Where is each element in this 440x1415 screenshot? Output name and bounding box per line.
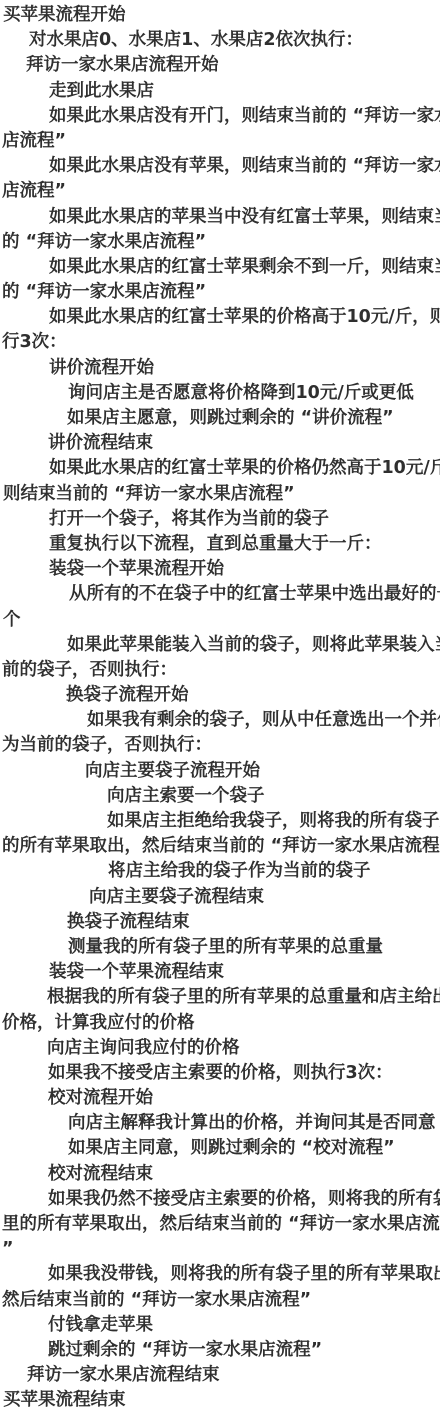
text-line: 换袋子流程开始 <box>0 683 440 708</box>
text-line: 如果我没带钱，则将我的所有袋子里的所有苹果取出， <box>0 1262 440 1287</box>
text-line: 买苹果流程开始 <box>0 3 440 28</box>
text-line: 拜访一家水果店流程结束 <box>0 1363 440 1388</box>
text-line: 的所有苹果取出，然后结束当前的 “拜访一家水果店流程” <box>0 834 440 859</box>
text-line: 如果此水果店没有苹果，则结束当前的 “拜访一家水果 <box>0 154 440 179</box>
text-line: 向店主索要一个袋子 <box>0 784 440 809</box>
text-line: 行3次： <box>0 330 440 355</box>
text-line: 如果店主愿意，则跳过剩余的 “讲价流程” <box>0 406 440 431</box>
text-line: 如果此水果店没有开门，则结束当前的 “拜访一家水果 <box>0 104 440 129</box>
text-line: 如果店主拒绝给我袋子，则将我的所有袋子里 <box>0 809 440 834</box>
text-line: 如果此苹果能装入当前的袋子，则将此苹果装入当 <box>0 633 440 658</box>
text-line: 校对流程开始 <box>0 1086 440 1111</box>
text-line: 为当前的袋子，否则执行： <box>0 733 440 758</box>
text-line: 向店主询问我应付的价格 <box>0 1036 440 1061</box>
text-line: 如果店主同意，则跳过剩余的 “校对流程” <box>0 1136 440 1161</box>
text-line: 店流程” <box>0 179 440 204</box>
text-line: 然后结束当前的 “拜访一家水果店流程” <box>0 1288 440 1313</box>
text-line: 重复执行以下流程，直到总重量大于一斤： <box>0 532 440 557</box>
text-line: 装袋一个苹果流程开始 <box>0 557 440 582</box>
text-line: 讲价流程开始 <box>0 356 440 381</box>
text-line: 拜访一家水果店流程开始 <box>0 53 440 78</box>
text-line: 如果此水果店的红富士苹果的价格仍然高于10元/斤， <box>0 456 440 481</box>
book-page: 买苹果流程开始对水果店0、水果店1、水果店2依次执行：拜访一家水果店流程开始走到… <box>0 0 440 1415</box>
text-line: 付钱拿走苹果 <box>0 1313 440 1338</box>
text-line: 打开一个袋子，将其作为当前的袋子 <box>0 507 440 532</box>
text-line: 个 <box>0 608 440 633</box>
text-line: 如果我仍然不接受店主索要的价格，则将我的所有袋子 <box>0 1187 440 1212</box>
text-lines-container: 买苹果流程开始对水果店0、水果店1、水果店2依次执行：拜访一家水果店流程开始走到… <box>0 3 440 1414</box>
text-line: 走到此水果店 <box>0 79 440 104</box>
text-line: 跳过剩余的 “拜访一家水果店流程” <box>0 1338 440 1363</box>
text-line: 校对流程结束 <box>0 1162 440 1187</box>
text-line: 如果此水果店的红富士苹果剩余不到一斤，则结束当前 <box>0 255 440 280</box>
text-line: ” <box>0 1237 440 1262</box>
text-line: 店流程” <box>0 129 440 154</box>
text-line: 询问店主是否愿意将价格降到10元/斤或更低 <box>0 381 440 406</box>
text-line: 根据我的所有袋子里的所有苹果的总重量和店主给出的 <box>0 985 440 1010</box>
text-line: 前的袋子，否则执行： <box>0 658 440 683</box>
text-line: 向店主要袋子流程开始 <box>0 759 440 784</box>
text-line: 换袋子流程结束 <box>0 910 440 935</box>
text-line: 将店主给我的袋子作为当前的袋子 <box>0 859 440 884</box>
text-line: 里的所有苹果取出，然后结束当前的 “拜访一家水果店流程 <box>0 1212 440 1237</box>
text-line: 向店主解释我计算出的价格，并询问其是否同意 <box>0 1111 440 1136</box>
text-line: 测量我的所有袋子里的所有苹果的总重量 <box>0 935 440 960</box>
text-line: 对水果店0、水果店1、水果店2依次执行： <box>0 28 440 53</box>
text-line: 则结束当前的 “拜访一家水果店流程” <box>0 482 440 507</box>
text-line: 装袋一个苹果流程结束 <box>0 960 440 985</box>
text-line: 如果此水果店的红富士苹果的价格高于10元/斤，则执 <box>0 305 440 330</box>
text-line: 讲价流程结束 <box>0 431 440 456</box>
text-line: 的 “拜访一家水果店流程” <box>0 280 440 305</box>
text-line: 向店主要袋子流程结束 <box>0 885 440 910</box>
text-line: 如果我有剩余的袋子，则从中任意选出一个并作 <box>0 708 440 733</box>
text-line: 从所有的不在袋子中的红富士苹果中选出最好的一 <box>0 582 440 607</box>
text-line: 的 “拜访一家水果店流程” <box>0 230 440 255</box>
text-line: 如果我不接受店主索要的价格，则执行3次： <box>0 1061 440 1086</box>
text-line: 价格，计算我应付的价格 <box>0 1011 440 1036</box>
text-line: 如果此水果店的苹果当中没有红富士苹果，则结束当前 <box>0 205 440 230</box>
text-line: 买苹果流程结束 <box>0 1388 440 1413</box>
